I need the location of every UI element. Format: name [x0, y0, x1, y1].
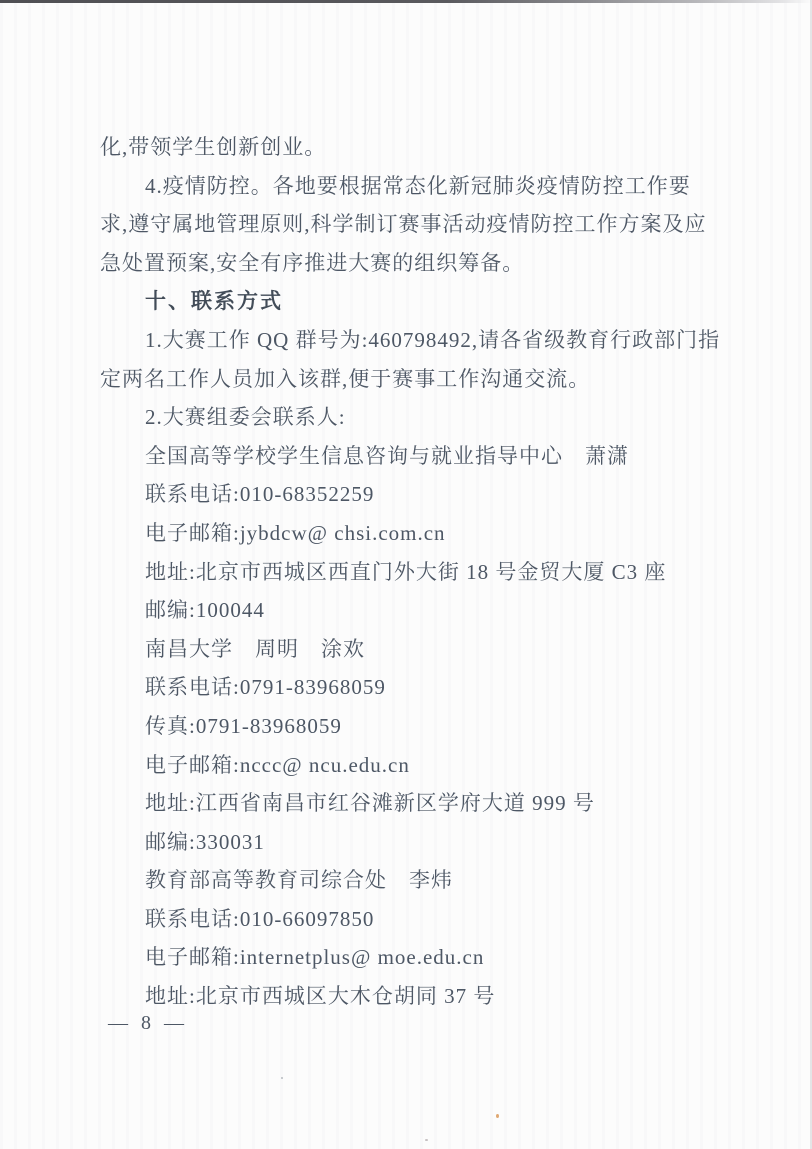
- document-line: 电子邮箱:nccc@ ncu.edu.cn: [100, 746, 720, 785]
- document-line: 2.大赛组委会联系人:: [100, 398, 720, 437]
- document-line: 邮编:330031: [100, 823, 720, 862]
- document-line: 联系电话:010-66097850: [100, 900, 720, 939]
- scan-speckle: [281, 1077, 283, 1079]
- document-line: 电子邮箱:internetplus@ moe.edu.cn: [100, 938, 720, 977]
- document-line: 传真:0791-83968059: [100, 707, 720, 746]
- section-heading: 十、联系方式: [100, 282, 720, 321]
- document-body: 化,带领学生创新创业。4.疫情防控。各地要根据常态化新冠肺炎疫情防控工作要求,遵…: [100, 128, 720, 1016]
- scan-edge-artifact-top: [0, 0, 812, 3]
- scan-speckle: [496, 1114, 499, 1118]
- document-line: 邮编:100044: [100, 591, 720, 630]
- document-line: 南昌大学 周明 涂欢: [100, 630, 720, 669]
- document-line: 急处置预案,安全有序推进大赛的组织筹备。: [100, 244, 720, 283]
- document-line: 联系电话:0791-83968059: [100, 668, 720, 707]
- document-line: 4.疫情防控。各地要根据常态化新冠肺炎疫情防控工作要: [100, 167, 720, 206]
- document-line: 地址:江西省南昌市红谷滩新区学府大道 999 号: [100, 784, 720, 823]
- scan-speckle: [425, 1139, 428, 1141]
- scanned-page: 化,带领学生创新创业。4.疫情防控。各地要根据常态化新冠肺炎疫情防控工作要求,遵…: [0, 0, 812, 1149]
- document-line: 求,遵守属地管理原则,科学制订赛事活动疫情防控工作方案及应: [100, 205, 720, 244]
- document-line: 联系电话:010-68352259: [100, 475, 720, 514]
- document-line: 电子邮箱:jybdcw@ chsi.com.cn: [100, 514, 720, 553]
- document-line: 地址:北京市西城区西直门外大街 18 号金贸大厦 C3 座: [100, 553, 720, 592]
- document-line: 定两名工作人员加入该群,便于赛事工作沟通交流。: [100, 360, 720, 399]
- document-line: 1.大赛工作 QQ 群号为:460798492,请各省级教育行政部门指: [100, 321, 720, 360]
- document-line: 地址:北京市西城区大木仓胡同 37 号: [100, 977, 720, 1016]
- document-line: 全国高等学校学生信息咨询与就业指导中心 萧潇: [100, 437, 720, 476]
- document-line: 化,带领学生创新创业。: [100, 128, 720, 167]
- document-line: 教育部高等教育司综合处 李炜: [100, 861, 720, 900]
- page-number: — 8 —: [108, 1012, 185, 1035]
